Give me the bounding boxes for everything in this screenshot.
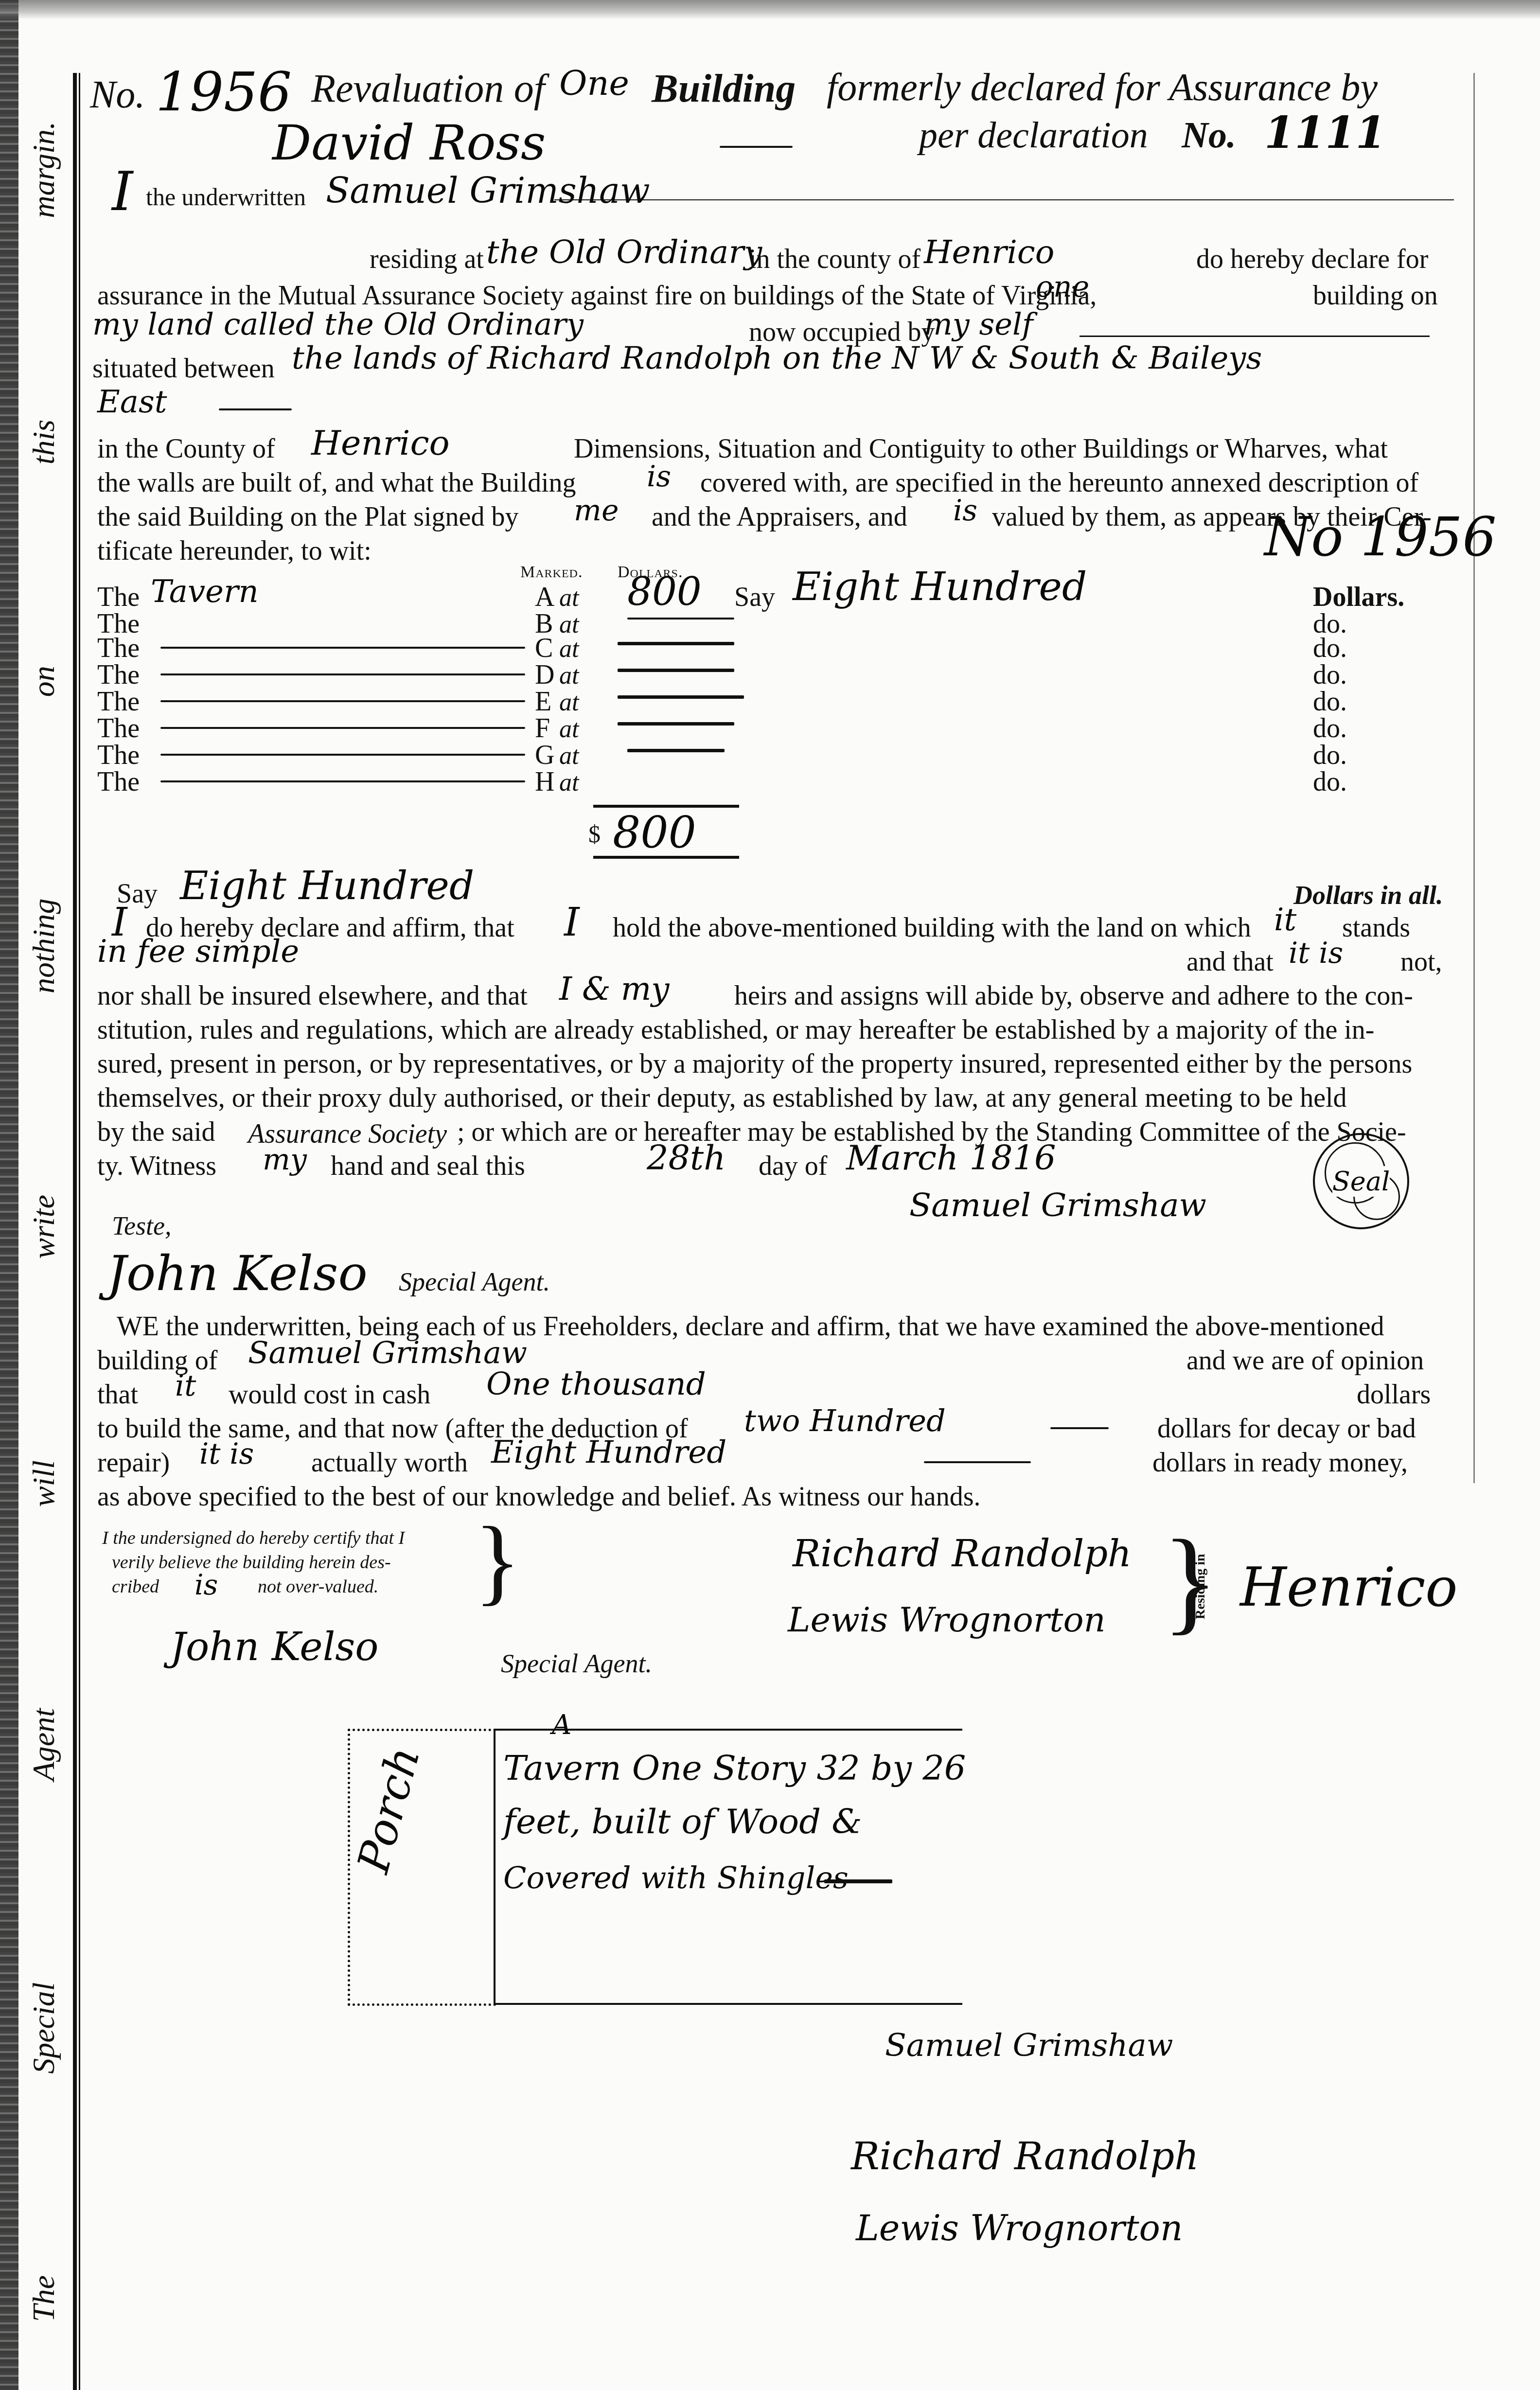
aff-hand-date: March 1816	[846, 1138, 1056, 1178]
plat-marker: A	[552, 1709, 571, 1741]
row-unit: do.	[1313, 688, 1347, 715]
agent-label: Special Agent.	[399, 1267, 550, 1297]
row-unit: do.	[1313, 635, 1347, 662]
row-at: at	[559, 584, 579, 612]
row-mark: G	[535, 742, 554, 769]
aff-text: sured, present in person, or by represen…	[97, 1050, 1412, 1078]
declarant-signature: Samuel Grimshaw	[909, 1186, 1206, 1224]
rule	[219, 408, 292, 410]
aff-text: ty. Witness	[97, 1152, 216, 1180]
plat-line: Covered with Shingles	[503, 1860, 849, 1895]
brace: }	[474, 1512, 521, 1610]
rule	[824, 1879, 892, 1883]
aff-hand: I & my	[559, 970, 670, 1008]
row-say: Say	[734, 584, 775, 611]
margin-word: Special	[26, 1982, 62, 2073]
header-decl-no-value: 1111	[1264, 107, 1386, 159]
decl-stamp-no: No 1956	[1264, 506, 1496, 568]
cert-text: not over-valued.	[258, 1576, 378, 1599]
header-no-value: 1956	[156, 61, 292, 123]
teste-label: Teste,	[112, 1211, 172, 1241]
appr-text: actually worth	[311, 1449, 468, 1476]
row-prefix: The	[97, 688, 140, 715]
decl-line2: assurance in the Mutual Assurance Societ…	[97, 282, 1097, 309]
rule	[554, 199, 1454, 200]
row-at: at	[559, 688, 579, 717]
aff-hand: my	[263, 1143, 307, 1177]
header-declarant: David Ross	[272, 114, 546, 171]
decl-walls-b: covered with, are specified in the hereu…	[700, 469, 1418, 496]
aff-text: themselves, or their proxy duly authoris…	[97, 1084, 1347, 1112]
rule	[618, 669, 734, 672]
decl-situated-value2: East	[97, 384, 167, 420]
margin-rule-inner	[79, 73, 80, 2390]
appraiser-signature: Richard Randolph	[793, 1532, 1132, 1575]
rule	[160, 647, 525, 649]
margin-word: write	[26, 1195, 62, 1259]
margin-word: will	[26, 1460, 62, 1507]
appr-hand-deduction: two Hundred	[744, 1403, 946, 1438]
rule	[1080, 336, 1430, 337]
plat-line: feet, built of Wood &	[503, 1802, 862, 1841]
aff-text: hold the above-mentioned building with t…	[613, 914, 1251, 941]
decl-county-value: Henrico	[924, 233, 1054, 271]
appr-hand-worth: Eight Hundred	[491, 1434, 726, 1470]
row-mark: C	[535, 635, 553, 662]
aff-text: heirs and assigns will abide by, observe…	[734, 982, 1413, 1009]
appr-text: dollars for decay or bad	[1157, 1415, 1416, 1442]
rule	[627, 618, 734, 620]
row-at: at	[559, 768, 579, 797]
appr-text: as above specified to the best of our kn…	[97, 1483, 980, 1510]
decl-county2-value: Henrico	[311, 423, 450, 463]
cert-text: cribed	[112, 1576, 159, 1599]
col-head-marked: Marked.	[520, 564, 583, 581]
residing-value: Henrico	[1240, 1556, 1457, 1618]
decl-count-value: one	[1036, 270, 1089, 304]
margin-word: on	[26, 666, 62, 697]
decl-i: I	[112, 160, 133, 223]
rule	[618, 642, 734, 645]
row-unit: do.	[1313, 661, 1347, 689]
aff-hand: in fee simple	[97, 934, 299, 970]
agent-signature: John Kelso	[107, 1245, 368, 1302]
aff-text: nor shall be insured elsewhere, and that	[97, 982, 528, 1009]
rule	[160, 727, 525, 729]
decl-walls-a: the walls are built of, and what the Bui…	[97, 469, 576, 496]
rule	[160, 700, 525, 702]
decl-plat-b: and the Appraisers, and	[652, 503, 907, 531]
right-rule	[1473, 73, 1475, 1483]
row-unit: do.	[1313, 715, 1347, 742]
decl-declare-label: do hereby declare for	[1196, 246, 1428, 273]
rule	[618, 695, 744, 699]
decl-dims-text: Dimensions, Situation and Contiguity to …	[574, 435, 1388, 462]
seal-icon: Seal	[1313, 1133, 1409, 1229]
decl-situated-label: situated between	[92, 355, 275, 382]
row-amount: 800	[627, 569, 702, 614]
decl-situated-value: the lands of Richard Randolph on the N W…	[292, 340, 1262, 376]
appr-hand: it	[175, 1369, 196, 1403]
header-title-building: Building	[652, 66, 796, 111]
appr-hand-cost: One thousand	[486, 1366, 706, 1402]
row-prefix: The	[97, 768, 140, 796]
rule	[1050, 1427, 1109, 1429]
appr-hand-name: Samuel Grimshaw	[248, 1335, 527, 1370]
decl-plat-is: is	[953, 494, 977, 528]
rule	[924, 1461, 1031, 1463]
cert-hand: is	[195, 1568, 218, 1601]
appr-text: and we are of opinion	[1186, 1347, 1424, 1374]
rule	[627, 749, 725, 752]
plat-signature: Richard Randolph	[851, 2135, 1199, 2178]
header-title-pre: Revaluation of	[311, 66, 545, 111]
appr-text: repair)	[97, 1449, 170, 1476]
row-at: at	[559, 635, 579, 663]
decl-underwritten-name: Samuel Grimshaw	[326, 170, 650, 211]
row-unit: Dollars.	[1313, 584, 1404, 611]
cert-agent-signature: John Kelso	[170, 1624, 378, 1669]
header-title-post: formerly declared for Assurance by	[827, 66, 1378, 110]
cert-text: verily believe the building herein des-	[112, 1551, 391, 1575]
decl-land-value: my land called the Old Ordinary	[92, 306, 584, 342]
appraiser-signature: Lewis Wrognorton	[788, 1600, 1106, 1640]
scan-edge-top	[0, 0, 1540, 19]
aff-text: stitution, rules and regulations, which …	[97, 1016, 1374, 1044]
row-at: at	[559, 661, 579, 690]
aff-hand-day: 28th	[647, 1138, 726, 1178]
decl-plat-me: me	[574, 494, 619, 528]
row-mark: F	[535, 715, 550, 742]
brace: }	[1162, 1522, 1218, 1639]
rule	[720, 146, 793, 148]
aff-text: stands	[1342, 914, 1410, 941]
decl-residing-value: the Old Ordinary	[486, 233, 762, 271]
decl-occupied-value: my self	[924, 306, 1033, 342]
header-decl-no-label: No.	[1182, 114, 1236, 157]
header-title-hand: One	[559, 63, 629, 103]
margin-word: The	[26, 2275, 62, 2322]
row-prefix: The	[97, 715, 140, 742]
plat-line: Tavern One Story 32 by 26	[503, 1748, 966, 1788]
aff-hand: it	[1274, 902, 1296, 938]
appr-text: dollars in ready money,	[1152, 1449, 1408, 1476]
row-mark: E	[535, 688, 551, 715]
aff-text: by the said	[97, 1118, 215, 1146]
margin-note: The Special Agent will write nothing on …	[19, 63, 68, 2380]
row-mark: D	[535, 661, 554, 689]
appr-text: that	[97, 1381, 138, 1408]
rule	[160, 754, 525, 756]
row-prefix: The	[97, 661, 140, 689]
building-plat: A Tavern One Story 32 by 26 feet, built …	[494, 1729, 960, 2001]
margin-word: this	[26, 420, 62, 464]
total-unit: Dollars in all.	[1293, 880, 1443, 910]
row-prefix: The	[97, 635, 140, 662]
aff-text: day of	[759, 1152, 828, 1180]
aff-hand: it is	[1289, 936, 1343, 970]
total-rule-bottom	[593, 856, 739, 859]
row-unit: do.	[1313, 742, 1347, 769]
decl-building-on-label: building on	[1313, 282, 1438, 309]
decl-underwritten-label: the underwritten	[146, 185, 306, 209]
cert-text: I the undersigned do hereby certify that…	[102, 1527, 405, 1550]
row-item: Tavern	[151, 574, 259, 610]
row-words: Eight Hundred	[793, 564, 1087, 609]
row-unit: do.	[1313, 768, 1347, 796]
row-prefix: The	[97, 742, 140, 769]
plat-signature: Lewis Wrognorton	[856, 2208, 1183, 2248]
cert-agent-label: Special Agent.	[501, 1648, 652, 1679]
decl-walls-hand: is	[647, 460, 671, 494]
decl-residing-label: residing at	[370, 246, 484, 273]
decl-county-label: in the county of	[749, 246, 920, 273]
total-words: Eight Hundred	[180, 863, 474, 908]
rule	[160, 673, 525, 675]
header-no-label: No.	[90, 73, 145, 117]
row-prefix: The	[97, 584, 140, 611]
rule	[618, 722, 734, 726]
total-amount: 800	[613, 807, 696, 858]
appr-text: dollars	[1357, 1381, 1431, 1408]
total-symbol: $	[588, 822, 601, 846]
appr-text: would cost in cash	[229, 1381, 430, 1408]
row-at: at	[559, 715, 579, 744]
scan-edge-left	[0, 0, 18, 2390]
aff-text: not,	[1400, 948, 1442, 975]
aff-text: hand and seal this	[331, 1152, 525, 1180]
residing-label: Residing in	[1194, 1554, 1207, 1619]
insurance-declaration-page: The Special Agent will write nothing on …	[0, 0, 1540, 2390]
rule	[160, 780, 525, 782]
seal-label: Seal	[1332, 1166, 1390, 1197]
margin-word: nothing	[26, 898, 62, 993]
plat-signature: Samuel Grimshaw	[885, 2028, 1173, 2064]
header-per-declaration: per declaration	[919, 114, 1148, 157]
aff-hand: I	[564, 900, 580, 945]
row-mark: H	[535, 768, 554, 796]
decl-plat-a: the said Building on the Plat signed by	[97, 503, 518, 531]
row-mark: A	[535, 584, 554, 611]
appr-text: building of	[97, 1347, 217, 1374]
decl-county2-label: in the County of	[97, 435, 275, 462]
margin-rule	[73, 73, 77, 2390]
appr-hand: it is	[199, 1437, 254, 1471]
decl-cert-text: tificate hereunder, to wit:	[97, 537, 372, 565]
aff-text: and that	[1186, 948, 1274, 975]
row-at: at	[559, 742, 579, 770]
margin-word: margin.	[26, 122, 62, 218]
margin-word: Agent	[26, 1708, 62, 1781]
